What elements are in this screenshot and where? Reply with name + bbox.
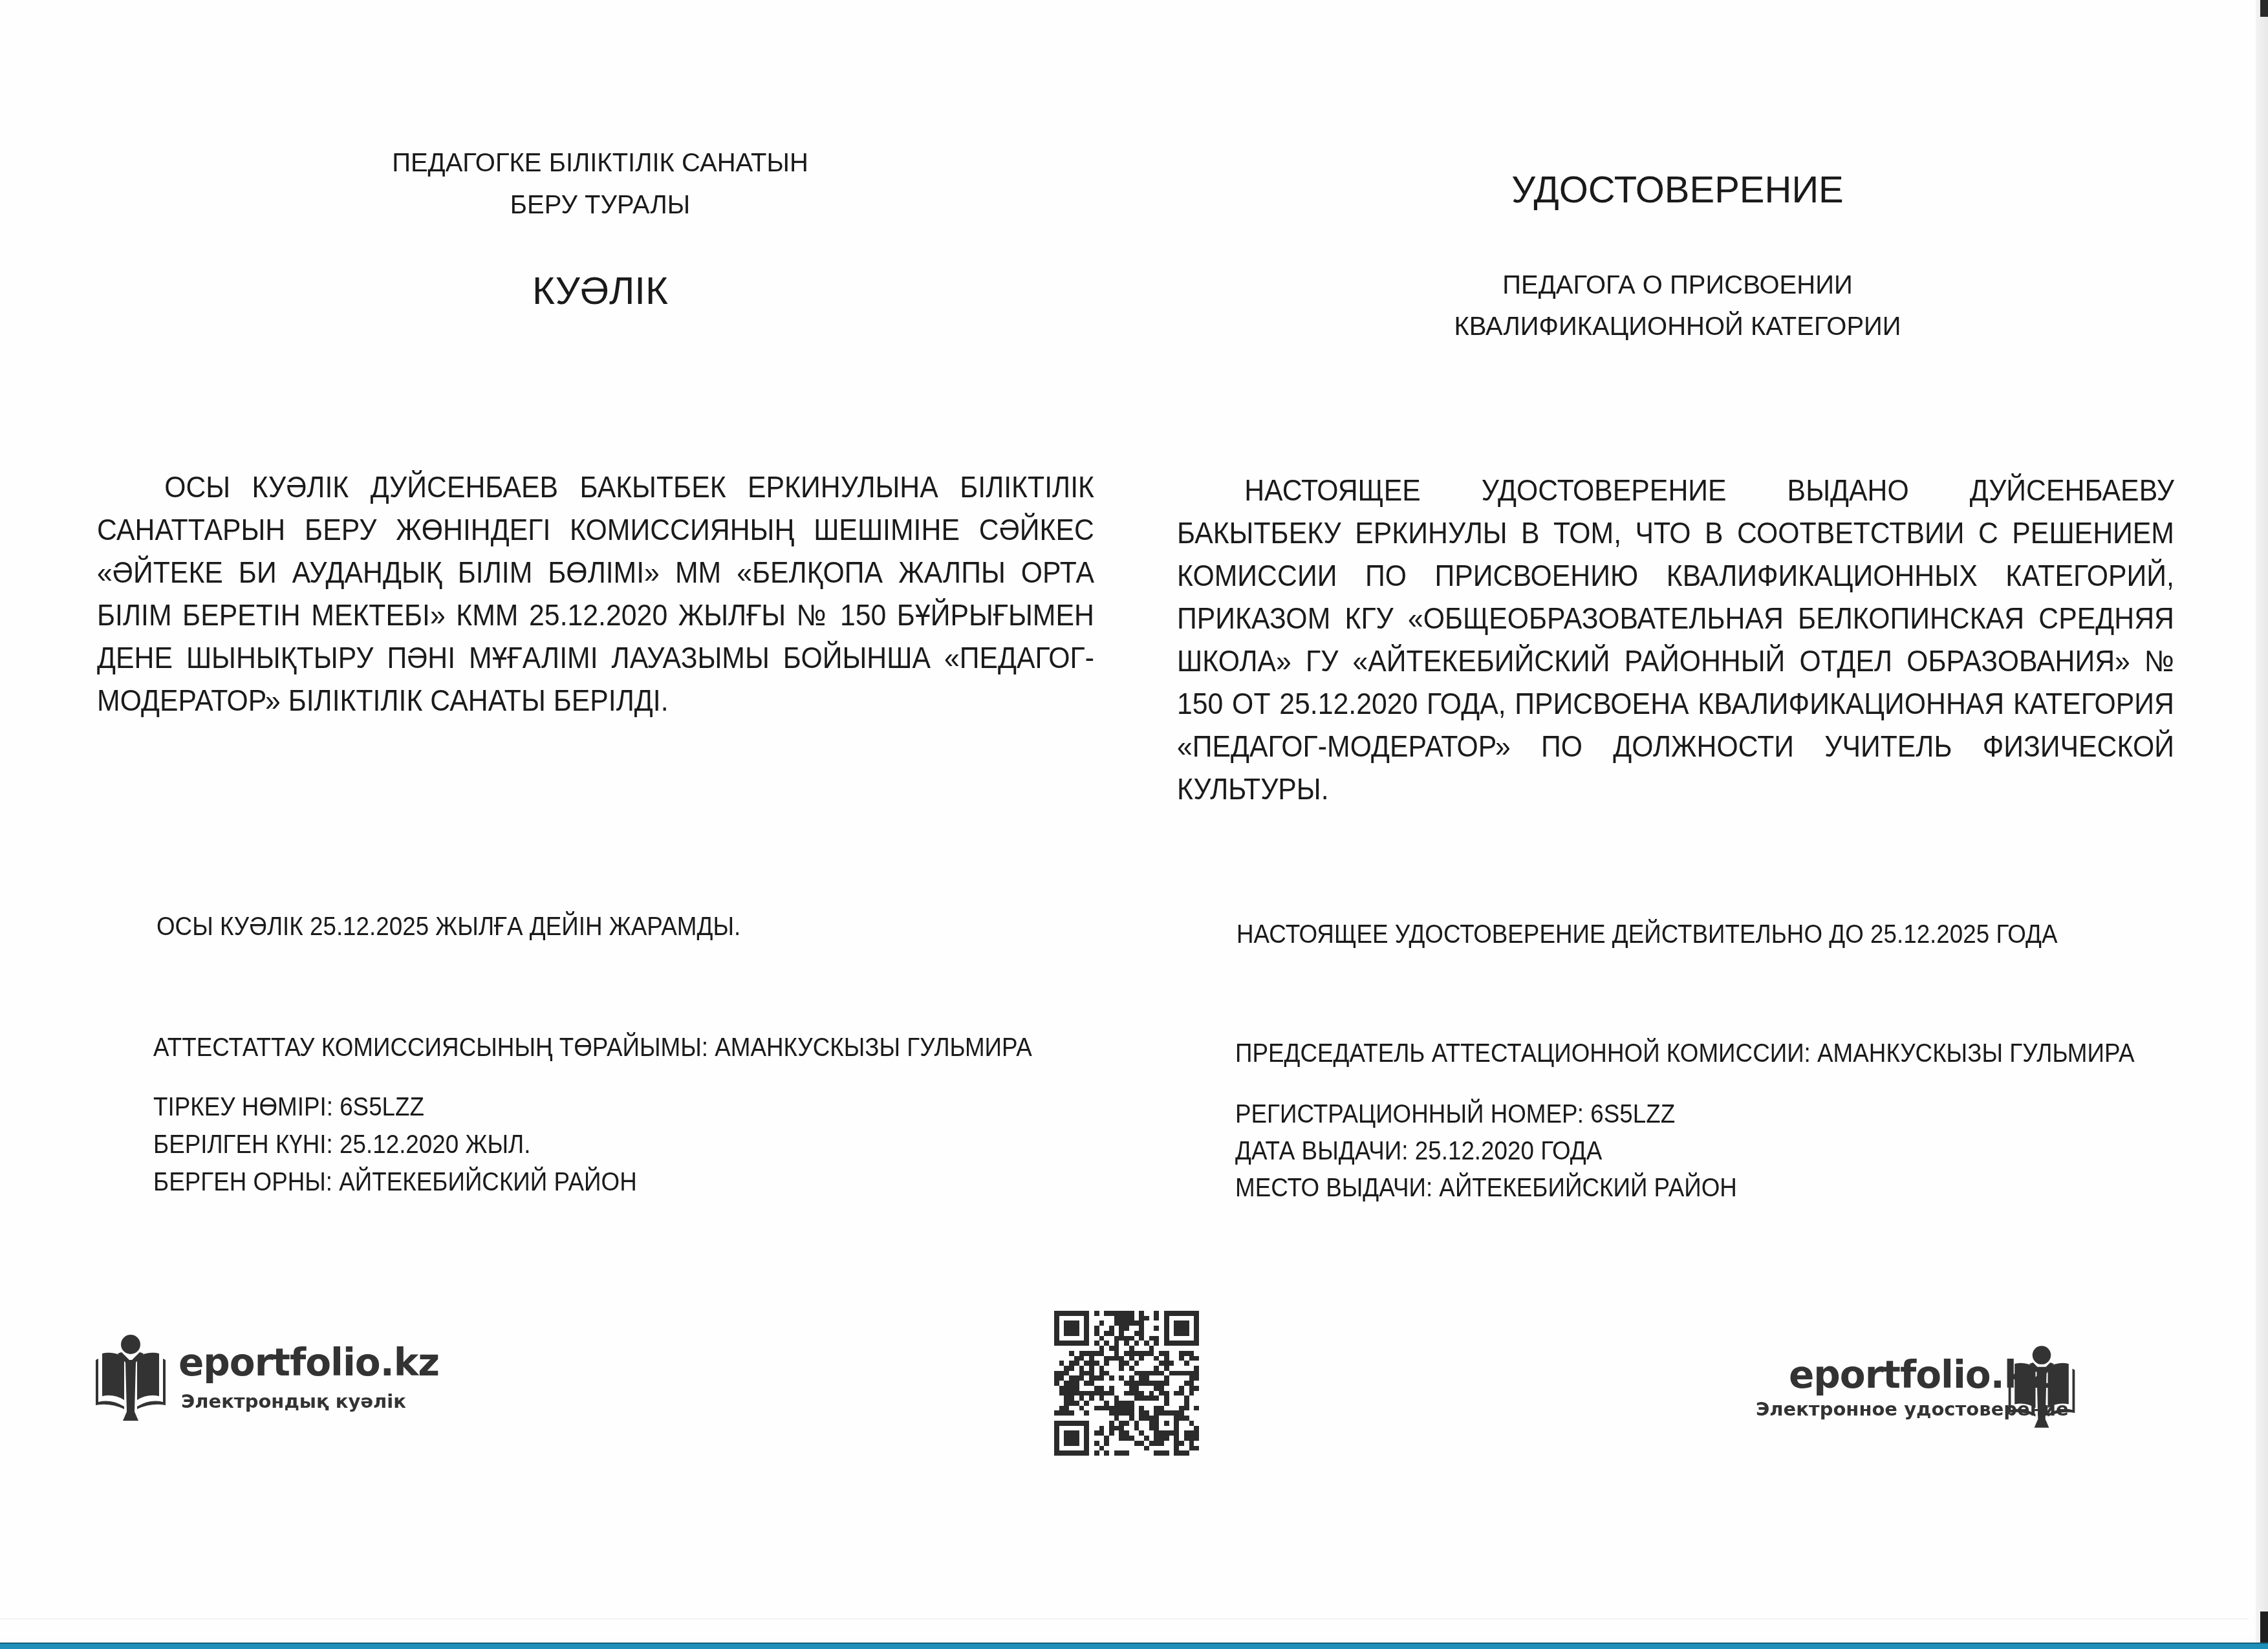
ru-issue-place: МЕСТО ВЫДАЧИ: АЙТЕКЕБИЙСКИЙ РАЙОН — [1235, 1175, 1737, 1201]
scan-corner-shadow — [2260, 1611, 2268, 1643]
ru-heading-line2: КВАЛИФИКАЦИОННОЙ КАТЕГОРИИ — [1454, 314, 1901, 339]
paper-fold-line — [0, 1619, 2249, 1619]
ru-commission-chair: ПРЕДСЕДАТЕЛЬ АТТЕСТАЦИОННОЙ КОМИССИИ: АМ… — [1235, 1040, 2135, 1066]
kz-heading-line1: ПЕДАГОГКЕ БІЛІКТІЛІК САНАТЫН — [392, 150, 808, 176]
kz-logo-subtitle: Электрондық куәлік — [181, 1390, 406, 1412]
ru-title: УДОСТОВЕРЕНИЕ — [1511, 171, 1844, 209]
kz-heading-line2: БЕРУ ТУРАЛЫ — [510, 192, 690, 218]
kz-logo-name: eportfolio.kz — [178, 1341, 439, 1385]
kz-commission-chair: АТТЕСТАТТАУ КОМИССИЯСЫНЫҢ ТӨРАЙЫМЫ: АМАН… — [153, 1035, 1032, 1061]
kz-issue-place: БЕРГЕН ОРНЫ: АЙТЕКЕБИЙСКИЙ РАЙОН — [153, 1169, 637, 1195]
book-person-logo-icon — [2005, 1345, 2079, 1429]
kz-validity: ОСЫ КУӘЛІК 25.12.2025 ЖЫЛҒА ДЕЙІН ЖАРАМД… — [157, 914, 740, 940]
ru-reg-number: РЕГИСТРАЦИОННЫЙ НОМЕР: 6S5LZZ — [1235, 1101, 1675, 1127]
scan-edge — [2256, 0, 2268, 1649]
scan-corner-shadow — [2260, 0, 2268, 17]
ru-validity: НАСТОЯЩЕЕ УДОСТОВЕРЕНИЕ ДЕЙСТВИТЕЛЬНО ДО… — [1237, 921, 2058, 947]
kz-reg-number: ТІРКЕУ НӨМІРІ: 6S5LZZ — [153, 1094, 424, 1120]
book-person-logo-icon — [92, 1334, 169, 1422]
kz-issue-date: БЕРІЛГЕН КҮНІ: 25.12.2020 ЖЫЛ. — [153, 1132, 530, 1158]
ru-issue-date: ДАТА ВЫДАЧИ: 25.12.2020 ГОДА — [1235, 1138, 1602, 1164]
scanner-strip — [0, 1643, 2268, 1649]
qr-code-icon — [1054, 1311, 1199, 1456]
ru-heading-line1: ПЕДАГОГА О ПРИСВОЕНИИ — [1502, 272, 1852, 298]
ru-body-paragraph: НАСТОЯЩЕЕ УДОСТОВЕРЕНИЕ ВЫДАНО ДУЙСЕНБАЕ… — [1177, 469, 2174, 810]
kz-body-paragraph: ОСЫ КУӘЛІК ДУЙСЕНБАЕВ БАКЫТБЕК ЕРКИНУЛЫН… — [97, 466, 1094, 722]
kz-title: КУӘЛІК — [532, 272, 668, 310]
